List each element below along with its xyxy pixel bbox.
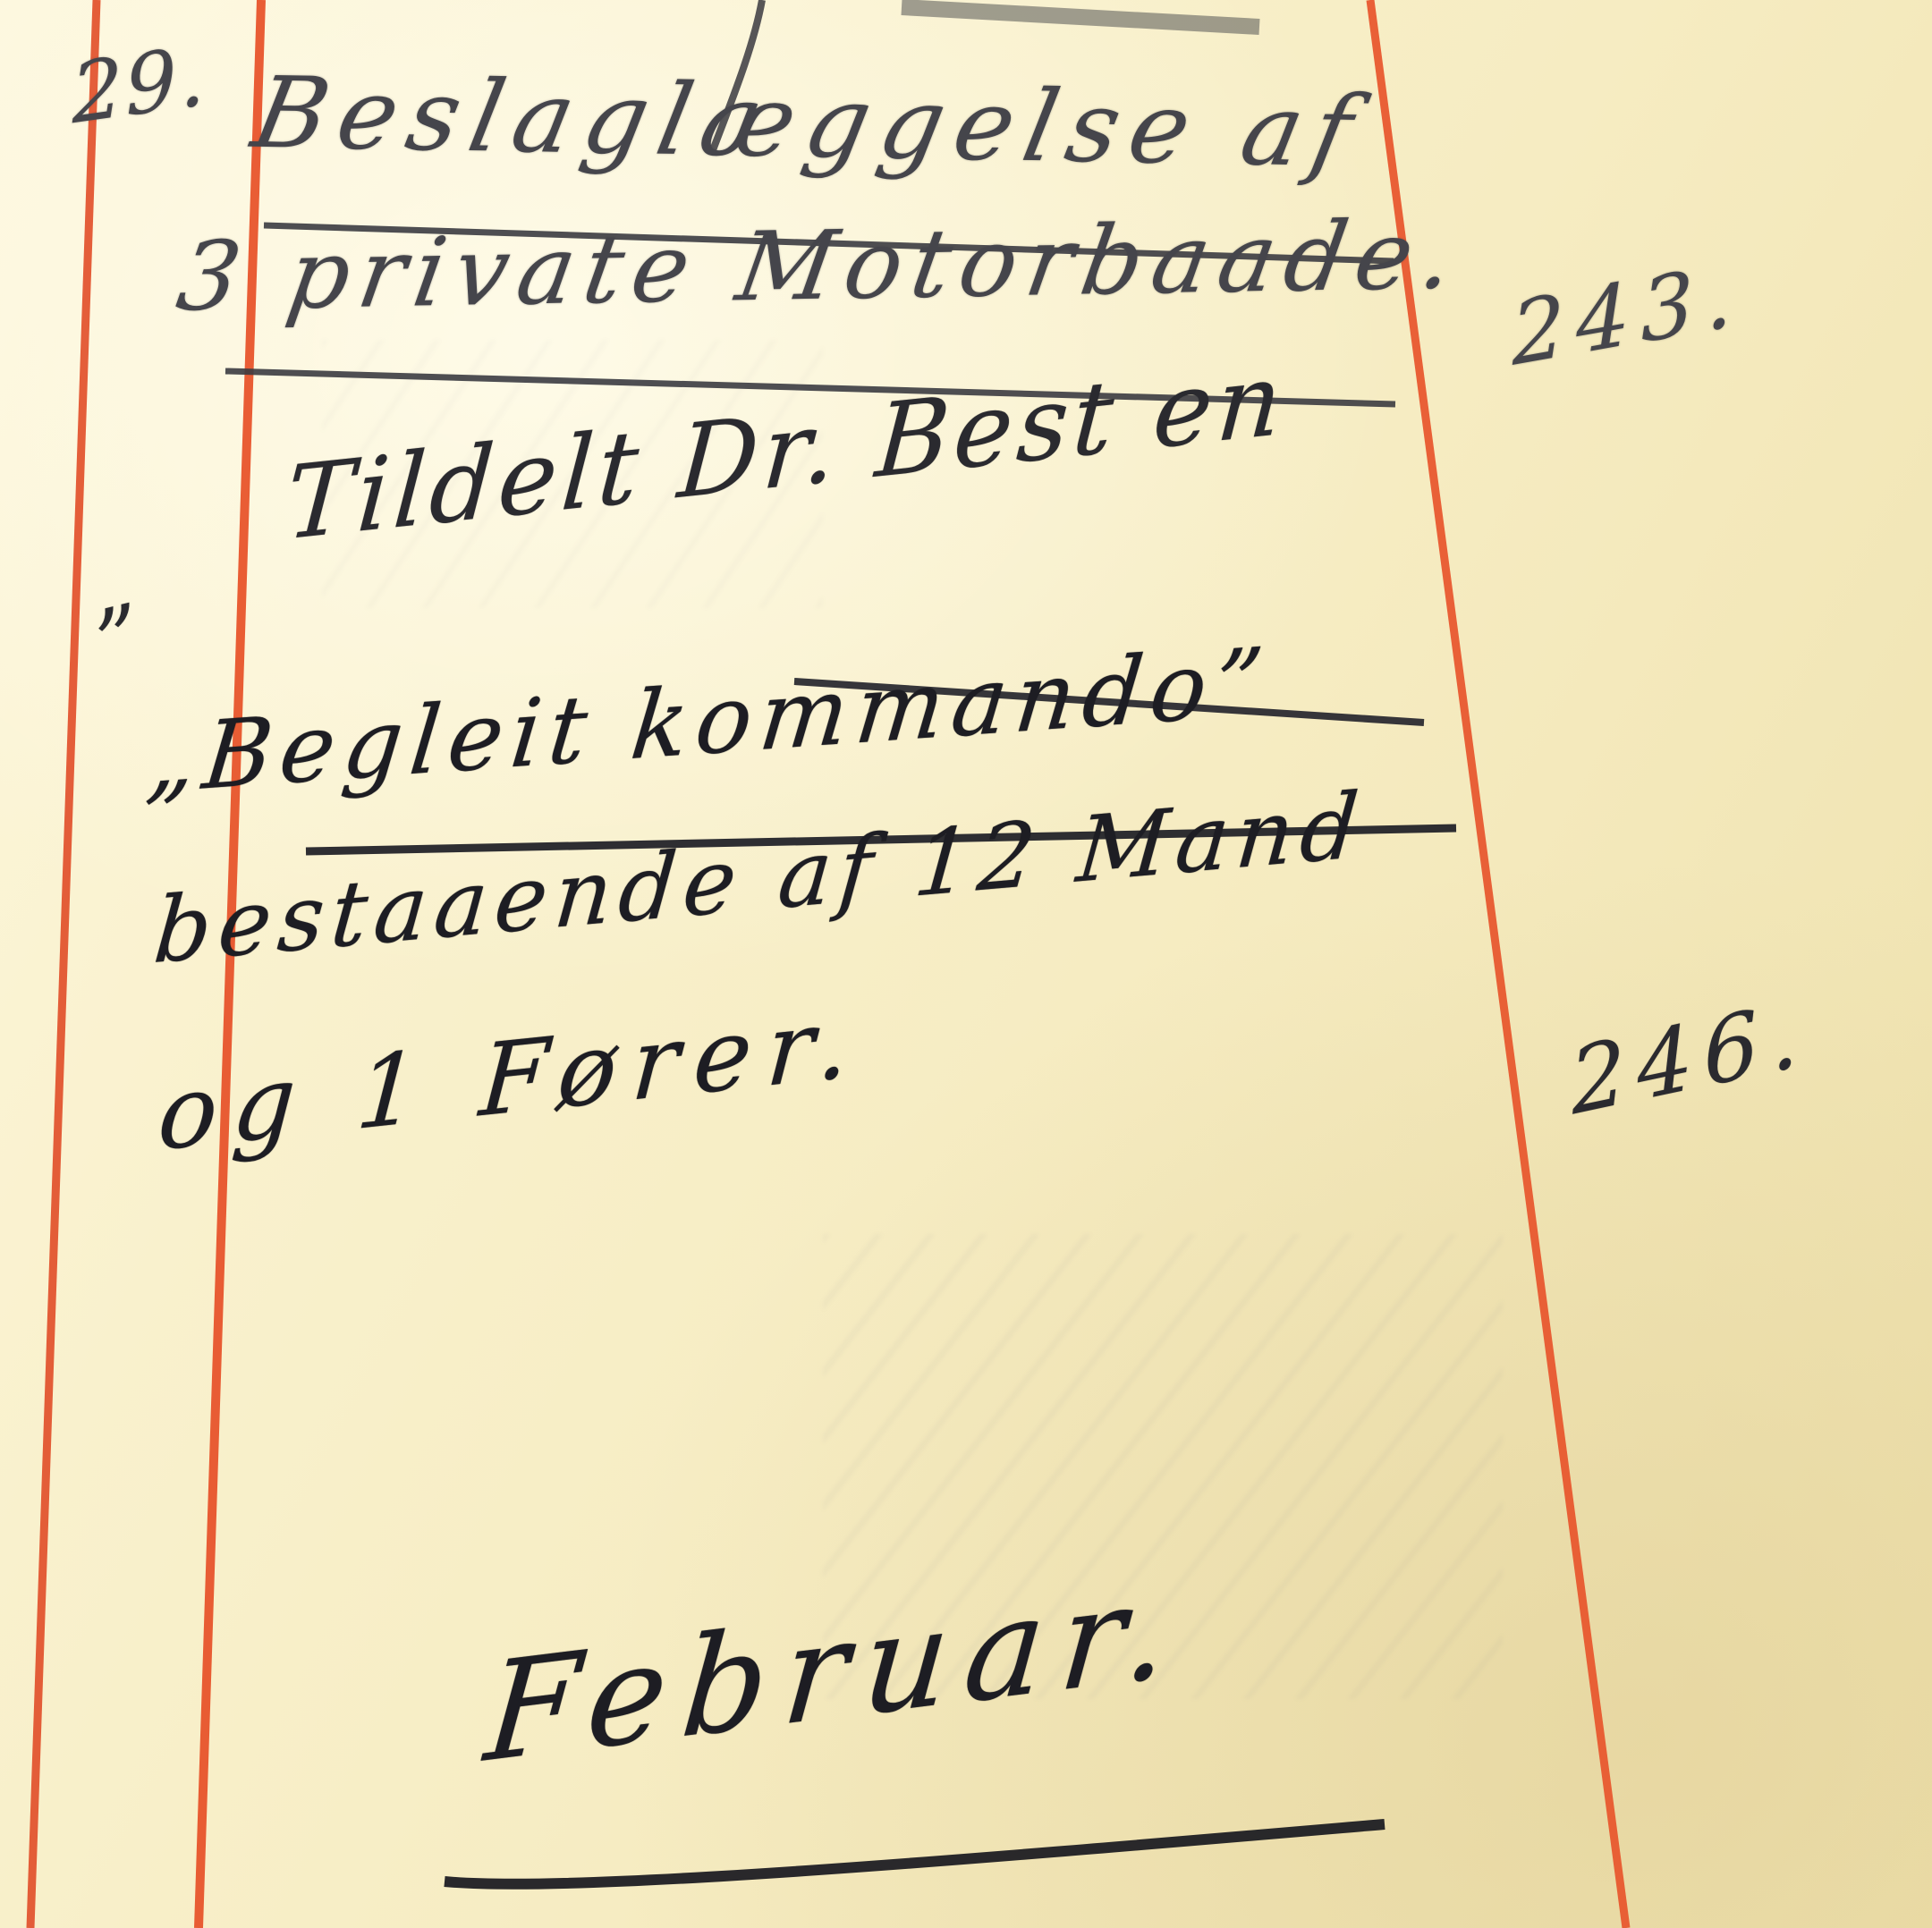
entry-1-line-1: Beslaglæggelse af xyxy=(244,55,1373,189)
ledger-page: 29. Beslaglæggelse af 3 private Motorbaa… xyxy=(0,0,1932,1928)
left-margin-rule-outer xyxy=(30,0,97,1928)
underline-month-heading xyxy=(445,1824,1385,1884)
entry-1-margin-number: 29. xyxy=(70,28,208,143)
entry-1-line-2: 3 private Motorbaade. xyxy=(170,199,1470,332)
cropped-previous-line-underline xyxy=(902,7,1259,27)
